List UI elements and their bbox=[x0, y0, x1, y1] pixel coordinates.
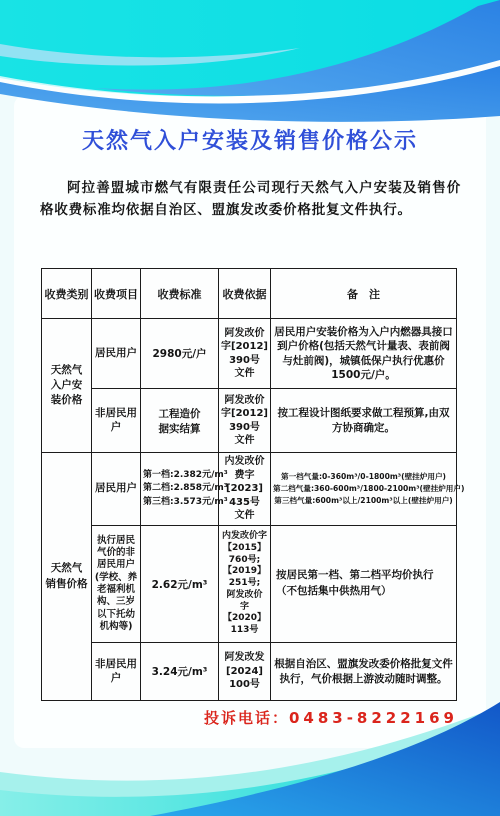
cell-sales-resident-remark: 第一档气量:0-360m³/0-1800m³(壁挂炉用户) 第二档气量:360-… bbox=[271, 453, 457, 526]
price-table: 收费类别 收费项目 收费标准 收费依据 备 注 天然气 入户安 装价格 居民用户… bbox=[41, 268, 457, 701]
cell-install-nonres-item: 非居民用户 bbox=[92, 389, 141, 453]
cell-sales-nonres-basis: 阿发改发 [2024] 100号 bbox=[219, 643, 271, 701]
cell-sales-resident-standard: 第一档:2.382元/m³ 第二档:2.858元/m³ 第三档:3.573元/m… bbox=[141, 453, 219, 526]
table-header-row: 收费类别 收费项目 收费标准 收费依据 备 注 bbox=[42, 269, 457, 319]
cell-sales-rpnr-remark: 按居民第一档、第二档平均价执行 （不包括集中供热用气） bbox=[271, 526, 457, 643]
header-remark: 备 注 bbox=[271, 269, 457, 319]
cell-sales-nonres-item: 非居民用户 bbox=[92, 643, 141, 701]
cell-install-nonres-remark: 按工程设计图纸要求做工程预算,由双方协商确定。 bbox=[271, 389, 457, 453]
row-install-resident: 天然气 入户安 装价格 居民用户 2980元/户 阿发改价 字[2012] 39… bbox=[42, 319, 457, 389]
header-basis: 收费依据 bbox=[219, 269, 271, 319]
header-category: 收费类别 bbox=[42, 269, 92, 319]
hotline-number: 0483-8222169 bbox=[289, 709, 458, 727]
cell-sales-rpnr-standard: 2.62元/m³ bbox=[141, 526, 219, 643]
cell-install-resident-standard: 2980元/户 bbox=[141, 319, 219, 389]
row-sales-resident: 天然气 销售价格 居民用户 第一档:2.382元/m³ 第二档:2.858元/m… bbox=[42, 453, 457, 526]
cell-category-install: 天然气 入户安 装价格 bbox=[42, 319, 92, 453]
cell-sales-rpnr-item: 执行居民气价的非居民用户(学校、养老福利机构、三岁以下托幼机构等) bbox=[92, 526, 141, 643]
row-sales-resident-price-nonres: 执行居民气价的非居民用户(学校、养老福利机构、三岁以下托幼机构等) 2.62元/… bbox=[42, 526, 457, 643]
row-sales-non-resident: 非居民用户 3.24元/m³ 阿发改发 [2024] 100号 根据自治区、盟旗… bbox=[42, 643, 457, 701]
cell-sales-rpnr-basis: 内发改价字 【2015】 760号; 【2019】 251号; 阿发改价 字【2… bbox=[219, 526, 271, 643]
intro-paragraph: 阿拉善盟城市燃气有限责任公司现行天然气入户安装及销售价格收费标准均依据自治区、盟… bbox=[40, 178, 461, 222]
cell-install-resident-item: 居民用户 bbox=[92, 319, 141, 389]
cell-install-resident-basis: 阿发改价 字[2012] 390号 文件 bbox=[219, 319, 271, 389]
complaint-hotline: 投诉电话：0483-8222169 bbox=[0, 707, 458, 728]
page-title: 天然气入户安装及销售价格公示 bbox=[0, 124, 500, 155]
row-install-non-resident: 非居民用户 工程造价 据实结算 阿发改价 字[2012] 390号 文件 按工程… bbox=[42, 389, 457, 453]
notice-poster: 天然气入户安装及销售价格公示 阿拉善盟城市燃气有限责任公司现行天然气入户安装及销… bbox=[0, 0, 500, 816]
header-standard: 收费标准 bbox=[141, 269, 219, 319]
cell-sales-nonres-standard: 3.24元/m³ bbox=[141, 643, 219, 701]
cell-install-nonres-standard: 工程造价 据实结算 bbox=[141, 389, 219, 453]
cell-sales-nonres-remark: 根据自治区、盟旗发改委价格批复文件执行，气价根据上游波动随时调整。 bbox=[271, 643, 457, 701]
cell-sales-resident-basis: 内发改价 费字 [2023] 435号 文件 bbox=[219, 453, 271, 526]
header-item: 收费项目 bbox=[92, 269, 141, 319]
cell-install-nonres-basis: 阿发改价 字[2012] 390号 文件 bbox=[219, 389, 271, 453]
hotline-label: 投诉电话： bbox=[204, 709, 289, 727]
cell-sales-resident-item: 居民用户 bbox=[92, 453, 141, 526]
cell-category-sales: 天然气 销售价格 bbox=[42, 453, 92, 701]
cell-install-resident-remark: 居民用户安装价格为入户内燃器具接口到户价格(包括天然气计量表、表前阀与灶前阀)，… bbox=[271, 319, 457, 389]
